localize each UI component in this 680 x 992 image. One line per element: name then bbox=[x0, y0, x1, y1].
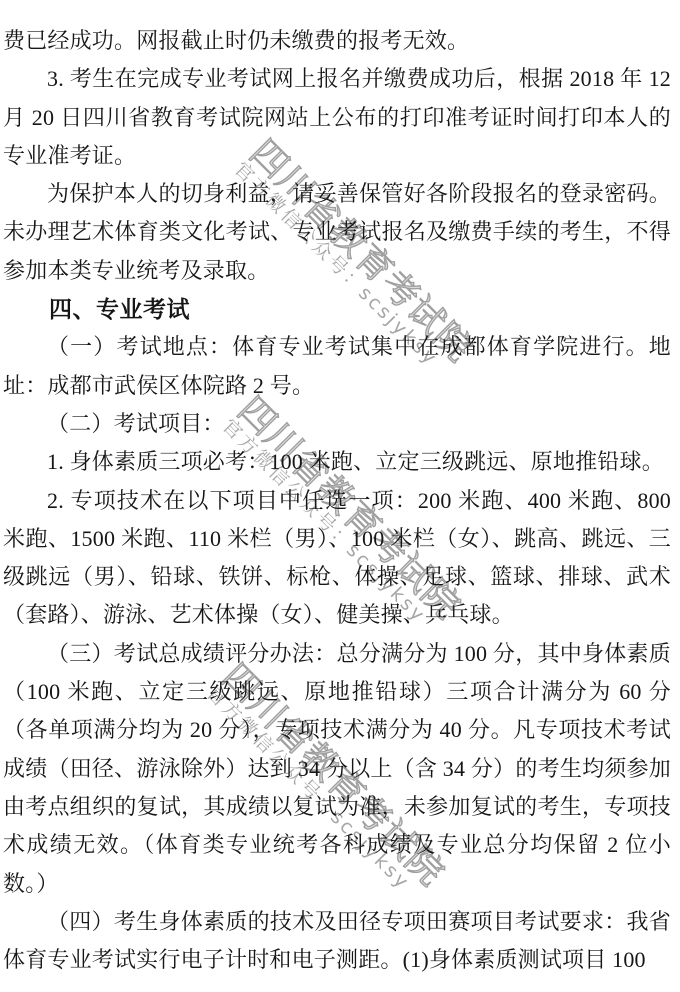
document-content: 费已经成功。网报截止时仍未缴费的报考无效。 3. 考生在完成专业考试网上报名并缴… bbox=[3, 22, 671, 979]
section-heading: 四、专业考试 bbox=[3, 290, 671, 328]
paragraph: 费已经成功。网报截止时仍未缴费的报考无效。 bbox=[3, 22, 671, 60]
paragraph: （二）考试项目： bbox=[3, 405, 671, 443]
paragraph: 2. 专项技术在以下项目中任选一项：200 米跑、400 米跑、800 米跑、1… bbox=[3, 482, 671, 635]
paragraph: 1. 身体素质三项必考：100 米跑、立定三级跳远、原地推铅球。 bbox=[3, 443, 671, 481]
paragraph: 3. 考生在完成专业考试网上报名并缴费成功后，根据 2018 年 12 月 20… bbox=[3, 60, 671, 175]
paragraph: （四）考生身体素质的技术及田径专项田赛项目考试要求：我省体育专业考试实行电子计时… bbox=[3, 903, 671, 980]
paragraph: 为保护本人的切身利益，请妥善保管好各阶段报名的登录密码。未办理艺术体育类文化考试… bbox=[3, 175, 671, 290]
document-page: 四川省教育考试院官方微信公众号：scsjyksy四川省教育考试院官方微信公众号：… bbox=[0, 0, 680, 992]
paragraph: （三）考试总成绩评分办法：总分满分为 100 分，其中身体素质（100 米跑、立… bbox=[3, 635, 671, 903]
paragraph: （一）考试地点：体育专业考试集中在成都体育学院进行。地址：成都市武侯区体院路 2… bbox=[3, 328, 671, 405]
